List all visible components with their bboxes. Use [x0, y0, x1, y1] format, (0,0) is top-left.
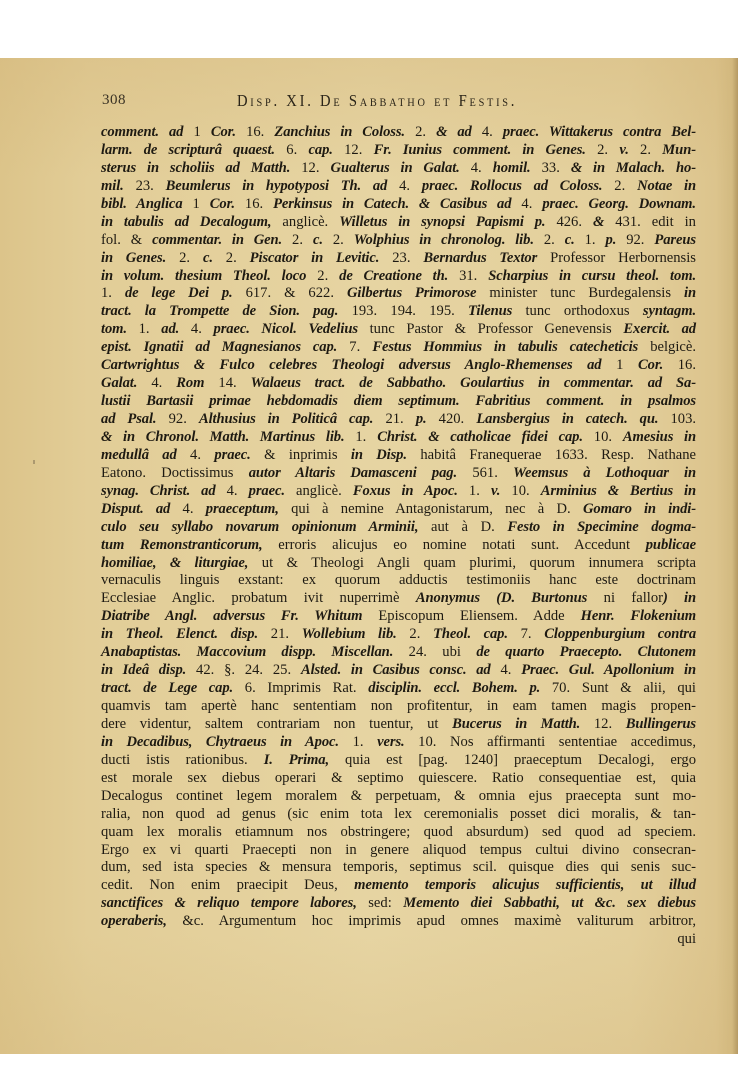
text-line: Anabaptistas. Maccovium dispp. Miscellan… — [101, 644, 696, 662]
text-run: 1. — [458, 483, 491, 499]
italic-citation: Arminius & Bertius in — [541, 483, 696, 499]
text-run: 21. — [373, 411, 415, 427]
italic-citation: praec. Georg. Downam. — [542, 196, 696, 212]
text-line: Cartwrightus & Fulco celebres Theologi a… — [101, 357, 696, 375]
text-run: ut & Theologi Angli quam plurimi, quorum… — [248, 555, 696, 571]
italic-citation: Festo in Specimine dogma- — [507, 519, 696, 535]
text-run: cedit. Non enim praecipit Deus, — [101, 877, 354, 893]
italic-citation: Cor. — [638, 357, 663, 373]
italic-citation: p. — [416, 411, 427, 427]
text-run: 2. — [306, 268, 339, 284]
italic-citation: Gualterus in Galat. — [331, 160, 460, 176]
italic-citation: Pareus — [654, 232, 696, 248]
italic-citation: Exercit. ad — [623, 321, 696, 337]
text-run: qui — [677, 931, 696, 947]
text-run: tunc Pastor & Professor Genevensis — [358, 321, 623, 337]
text-run: sed: — [357, 895, 403, 911]
text-run: erroris alicujus eo nomine notati sunt. … — [263, 537, 646, 553]
text-line: 1. de lege Dei p. 617. & 622. Gilbertus … — [101, 285, 696, 303]
text-line: vernaculis linguis exstant: ex quorum ad… — [101, 572, 696, 590]
italic-citation: Disput. ad — [101, 501, 170, 517]
italic-citation: & in Malach. ho- — [571, 160, 696, 176]
italic-citation: Zanchius in Coloss. — [274, 124, 405, 140]
italic-citation: in Genes. — [101, 250, 166, 266]
italic-citation: praec. — [214, 447, 250, 463]
text-run: Professor Herbornensis — [537, 250, 696, 266]
text-run: Ecclesiae Anglic. probatum ivit nuperrim… — [101, 590, 416, 606]
text-line: fol. & commentar. in Gen. 2. c. 2. Wolph… — [101, 232, 696, 250]
text-line: Diatribe Angl. adversus Fr. Whitum Episc… — [101, 608, 696, 626]
italic-citation: sanctifices & reliquo tempore labores, — [101, 895, 357, 911]
text-run: Episcopum Eliensem. Adde — [362, 608, 580, 624]
text-line: Eatono. Doctissimus autor Altaris Damasc… — [101, 465, 696, 483]
italic-citation: lustii Bartasii primae hebdomadis diem s… — [101, 393, 696, 409]
text-run: 4. — [472, 124, 503, 140]
text-run: 1. — [345, 429, 378, 445]
text-run: ni fallor — [587, 590, 663, 606]
text-line: Ergo ex vi quarti Praecepti non in gener… — [101, 842, 696, 860]
italic-citation: disciplin. eccl. Bohem. p. — [368, 680, 540, 696]
italic-citation: c. — [565, 232, 575, 248]
italic-citation: in Disp. — [351, 447, 407, 463]
text-line: cedit. Non enim praecipit Deus, memento … — [101, 877, 696, 895]
italic-citation: Wollebium lib. — [302, 626, 397, 642]
page-number: 308 — [102, 92, 126, 109]
text-run: vernaculis linguis exstant: ex quorum ad… — [101, 572, 696, 588]
italic-citation: Wolphius in chronolog. lib. — [354, 232, 534, 248]
text-line: dere videntur, saltem contrariam non tue… — [101, 716, 696, 734]
text-line: epist. Ignatii ad Magnesianos cap. 7. Fe… — [101, 339, 696, 357]
text-run: ducti istis rationibus. — [101, 752, 264, 768]
text-line: ducti istis rationibus. I. Prima, quia e… — [101, 752, 696, 770]
italic-citation: Anabaptistas. Maccovium dispp. Miscellan… — [101, 644, 393, 660]
text-run: quam lex moralis etiamnum nos obstringer… — [101, 824, 696, 840]
italic-citation: tom. — [101, 321, 127, 337]
italic-citation: Christ. & catholicae fidei cap. — [377, 429, 583, 445]
text-run: 561. — [457, 465, 513, 481]
italic-citation: Fr. Iunius comment. in Genes. — [374, 142, 586, 158]
text-run: 2. — [629, 142, 663, 158]
italic-citation: in Ideâ disp. — [101, 662, 186, 678]
italic-citation: Bernardus Textor — [423, 250, 537, 266]
text-run: anglicè. — [285, 483, 353, 499]
text-run: 617. & 622. — [233, 285, 347, 301]
text-run: habitâ Franequerae 1633. Resp. Nathane — [407, 447, 696, 463]
italic-citation: epist. Ignatii ad Magnesianos cap. — [101, 339, 337, 355]
italic-citation: Tilenus — [468, 303, 512, 319]
italic-citation: larm. de scripturâ quaest. — [101, 142, 275, 158]
text-run: aut à D. — [418, 519, 507, 535]
text-run: 4. — [387, 178, 422, 194]
text-run: 92. — [616, 232, 654, 248]
text-run: 7. — [508, 626, 544, 642]
italic-citation: Theol. cap. — [433, 626, 508, 642]
text-line: est morale sex diebus operari & septimo … — [101, 770, 696, 788]
italic-citation: Beumlerus in hypotyposi Th. ad — [166, 178, 388, 194]
text-run: est morale sex diebus operari & septimo … — [101, 770, 696, 786]
italic-citation: ad Psal. — [101, 411, 157, 427]
italic-citation: de quarto Praecepto. Clutonem — [476, 644, 696, 660]
italic-citation: Walaeus tract. de Sabbatho. Goulartius i… — [251, 375, 696, 391]
italic-citation: Memento diei Sabbathi, ut &c. sex diebus — [403, 895, 696, 911]
text-line: dum, sed ista species & mensura temporis… — [101, 859, 696, 877]
italic-citation: in — [684, 285, 696, 301]
italic-citation: Alsted. in Casibus consc. ad — [301, 662, 491, 678]
text-line: quam lex moralis etiamnum nos obstringer… — [101, 824, 696, 842]
italic-citation: praec. Rollocus ad Coloss. — [422, 178, 603, 194]
text-run: Decalogus continet legem moralem & perpe… — [101, 788, 696, 804]
text-run: 2. — [602, 178, 637, 194]
text-line: comment. ad 1 Cor. 16. Zanchius in Colos… — [101, 124, 696, 142]
italic-citation: v. — [619, 142, 628, 158]
text-run: 70. Sunt & alii, qui — [540, 680, 696, 696]
italic-citation: tract. de Lege cap. — [101, 680, 233, 696]
italic-citation: in Theol. Elenct. disp. — [101, 626, 258, 642]
text-run: 2. — [213, 250, 250, 266]
italic-citation: homiliae, & liturgiae, — [101, 555, 248, 571]
text-line: Galat. 4. Rom 14. Walaeus tract. de Sabb… — [101, 375, 696, 393]
italic-citation: ) in — [663, 590, 696, 606]
italic-citation: syntagm. — [643, 303, 696, 319]
text-run: 31. — [448, 268, 488, 284]
text-run: quia est [pag. 1240] praeceptum Decalogi… — [329, 752, 696, 768]
italic-citation: tum Remonstranticorum, — [101, 537, 263, 553]
italic-citation: & in Chronol. Matth. Martinus lib. — [101, 429, 345, 445]
text-run: 1 — [602, 357, 639, 373]
italic-citation: mil. — [101, 178, 124, 194]
italic-citation: c. — [203, 250, 213, 266]
italic-citation: tract. la Trompette de Sion. pag. — [101, 303, 338, 319]
italic-citation: Willetus in synopsi Papismi p. — [339, 214, 545, 230]
italic-citation: Gomaro in indi- — [583, 501, 696, 517]
italic-citation: Anonymus (D. Burtonus — [416, 590, 587, 606]
italic-citation: v. — [491, 483, 500, 499]
text-run: 1 — [183, 196, 210, 212]
italic-citation: Cor. — [211, 124, 236, 140]
text-line: operaberis, &c. Argumentum hoc imprimis … — [101, 913, 696, 931]
text-run: 4. — [491, 662, 522, 678]
text-run: tunc orthodoxus — [512, 303, 643, 319]
text-run: 4. — [179, 321, 213, 337]
italic-citation: Festus Hommius in tabulis catecheticis — [372, 339, 638, 355]
text-line: sterus in scholiis ad Matth. 12. Gualter… — [101, 160, 696, 178]
text-run: 2. — [397, 626, 433, 642]
text-run: 14. — [204, 375, 250, 391]
text-run: minister tunc Burdegalensis — [476, 285, 684, 301]
italic-citation: culo seu syllabo novarum opinionum Armin… — [101, 519, 418, 535]
italic-citation: Rom — [176, 375, 204, 391]
text-run: 4. — [177, 447, 215, 463]
text-line: tum Remonstranticorum, erroris alicujus … — [101, 537, 696, 555]
italic-citation: Bucerus in Matth. — [452, 716, 580, 732]
text-line: bibl. Anglica 1 Cor. 16. Perkinsus in Ca… — [101, 196, 696, 214]
text-run: dere videntur, saltem contrariam non tue… — [101, 716, 452, 732]
italic-citation: autor Altaris Damasceni pag. — [249, 465, 457, 481]
text-run: 16. — [235, 196, 273, 212]
text-run: 1. — [101, 285, 125, 301]
text-run: Eatono. Doctissimus — [101, 465, 249, 481]
text-line: sanctifices & reliquo tempore labores, s… — [101, 895, 696, 913]
text-run: dum, sed ista species & mensura temporis… — [101, 859, 696, 875]
text-line: medullâ ad 4. praec. & inprimis in Disp.… — [101, 447, 696, 465]
italic-citation: Amesius in — [623, 429, 696, 445]
text-run: 33. — [531, 160, 571, 176]
text-run: 12. — [333, 142, 374, 158]
text-run: belgicè. — [638, 339, 696, 355]
italic-citation: commentar. in Gen. — [152, 232, 282, 248]
italic-citation: Weemsus à Lothoquar in — [513, 465, 696, 481]
italic-citation: Cartwrightus & Fulco celebres Theologi a… — [101, 357, 602, 373]
text-line: tract. de Lege cap. 6. Imprimis Rat. dis… — [101, 680, 696, 698]
text-line: lustii Bartasii primae hebdomadis diem s… — [101, 393, 696, 411]
italic-citation: Galat. — [101, 375, 137, 391]
text-run: 23. — [379, 250, 423, 266]
text-line: in tabulis ad Decalogum, anglicè. Willet… — [101, 214, 696, 232]
italic-citation: ad. — [161, 321, 179, 337]
text-run: 4. — [511, 196, 542, 212]
text-run: 1. — [575, 232, 606, 248]
italic-citation: & ad — [436, 124, 472, 140]
italic-citation: Cor. — [210, 196, 235, 212]
text-run: anglicè. — [271, 214, 339, 230]
text-line: tom. 1. ad. 4. praec. Nicol. Vedelius tu… — [101, 321, 696, 339]
text-run: Ergo ex vi quarti Praecepti non in gener… — [101, 842, 696, 858]
italic-citation: in Decadibus, Chytraeus in Apoc. — [101, 734, 339, 750]
text-run: ralia, non quod ad genus (sic enim tota … — [101, 806, 696, 822]
text-run: fol. & — [101, 232, 152, 248]
text-run: 12. — [290, 160, 330, 176]
italic-citation: Scharpius in cursu theol. tom. — [488, 268, 696, 284]
text-run: 103. — [658, 411, 696, 427]
text-line: mil. 23. Beumlerus in hypotyposi Th. ad … — [101, 178, 696, 196]
italic-citation: in volum. thesium Theol. loco — [101, 268, 306, 284]
text-line: ad Psal. 92. Althusius in Politicâ cap. … — [101, 411, 696, 429]
italic-citation: Cloppenburgium contra — [544, 626, 696, 642]
italic-citation: praec. — [249, 483, 285, 499]
text-run: 2. — [586, 142, 620, 158]
italic-citation: Piscator in Levitic. — [250, 250, 380, 266]
italic-citation: p. — [606, 232, 617, 248]
italic-citation: publicae — [646, 537, 696, 553]
text-run: 16. — [663, 357, 696, 373]
italic-citation: memento temporis alicujus sufficientis, … — [354, 877, 696, 893]
text-line: ralia, non quod ad genus (sic enim tota … — [101, 806, 696, 824]
text-run: 21. — [258, 626, 302, 642]
italic-citation: Bullingerus — [626, 716, 696, 732]
italic-citation: Henr. Flokenium — [581, 608, 696, 624]
margin-speck — [33, 460, 35, 464]
text-run: 431. edit in — [604, 214, 696, 230]
text-run: 10. — [583, 429, 623, 445]
text-run: 4. — [137, 375, 176, 391]
text-run: 6. — [275, 142, 309, 158]
italic-citation: Praec. Gul. Apollonium in — [521, 662, 696, 678]
text-run: qui à nemine Antagonistarum, nec à D. — [279, 501, 583, 517]
italic-citation: comment. ad — [101, 124, 183, 140]
italic-citation: praec. Nicol. Vedelius — [214, 321, 358, 337]
text-run: 4. — [170, 501, 206, 517]
text-line: in Genes. 2. c. 2. Piscator in Levitic. … — [101, 250, 696, 268]
italic-citation: & — [593, 214, 604, 230]
text-run: 426. — [545, 214, 593, 230]
italic-citation: homil. — [493, 160, 531, 176]
italic-citation: praec. Wittakerus contra Bel- — [503, 124, 696, 140]
italic-citation: de lege Dei p. — [125, 285, 233, 301]
italic-citation: Foxus in Apoc. — [353, 483, 458, 499]
text-line: culo seu syllabo novarum opinionum Armin… — [101, 519, 696, 537]
italic-citation: Gilbertus Primorose — [347, 285, 476, 301]
text-run: 7. — [337, 339, 372, 355]
italic-citation: Perkinsus in Catech. & Casibus ad — [273, 196, 511, 212]
text-line: larm. de scripturâ quaest. 6. cap. 12. F… — [101, 142, 696, 160]
italic-citation: Althusius in Politicâ cap. — [199, 411, 373, 427]
text-line: Ecclesiae Anglic. probatum ivit nuperrim… — [101, 590, 696, 608]
page-edge-shadow — [732, 58, 738, 1054]
text-line: in volum. thesium Theol. loco 2. de Crea… — [101, 268, 696, 286]
italic-citation: de Creatione th. — [339, 268, 448, 284]
text-run: 1. — [339, 734, 377, 750]
text-run: 24. ubi — [393, 644, 476, 660]
italic-citation: medullâ ad — [101, 447, 177, 463]
text-run: 12. — [580, 716, 625, 732]
italic-citation: I. Prima, — [264, 752, 329, 768]
text-run: quamvis tam apertè hanc sententiam non p… — [101, 698, 696, 714]
text-run: 10. Nos affirmanti sententiae accedimus, — [405, 734, 696, 750]
italic-citation: cap. — [309, 142, 333, 158]
italic-citation: Mun- — [662, 142, 696, 158]
italic-citation: vers. — [377, 734, 404, 750]
text-run: 6. Imprimis Rat. — [233, 680, 368, 696]
text-run: 193. 194. 195. — [338, 303, 468, 319]
text-run: 1. — [127, 321, 161, 337]
text-run: &c. Argumentum hoc imprimis apud omnes m… — [167, 913, 696, 929]
body-text: comment. ad 1 Cor. 16. Zanchius in Colos… — [101, 124, 696, 949]
text-line: Disput. ad 4. praeceptum, qui à nemine A… — [101, 501, 696, 519]
italic-citation: praeceptum, — [206, 501, 279, 517]
italic-citation: in tabulis ad Decalogum, — [101, 214, 271, 230]
text-run: 2. — [534, 232, 565, 248]
running-head: 308 Disp. XI. De Sabbatho et Festis. — [102, 92, 696, 112]
text-line: synag. Christ. ad 4. praec. anglicè. Fox… — [101, 483, 696, 501]
text-run: 4. — [216, 483, 249, 499]
text-run: 42. §. 24. 25. — [186, 662, 301, 678]
text-run: 10. — [500, 483, 540, 499]
chapter-title: Disp. XI. De Sabbatho et Festis. — [237, 91, 517, 111]
italic-citation: bibl. Anglica — [101, 196, 183, 212]
text-run: 420. — [427, 411, 477, 427]
text-line: in Theol. Elenct. disp. 21. Wollebium li… — [101, 626, 696, 644]
text-line: Decalogus continet legem moralem & perpe… — [101, 788, 696, 806]
text-line: tract. la Trompette de Sion. pag. 193. 1… — [101, 303, 696, 321]
italic-citation: Notae in — [637, 178, 696, 194]
text-run: 4. — [460, 160, 493, 176]
text-run: 23. — [124, 178, 166, 194]
text-line: in Decadibus, Chytraeus in Apoc. 1. vers… — [101, 734, 696, 752]
italic-citation: Lansbergius in catech. qu. — [476, 411, 658, 427]
text-line: homiliae, & liturgiae, ut & Theologi Ang… — [101, 555, 696, 573]
text-line: quamvis tam apertè hanc sententiam non p… — [101, 698, 696, 716]
text-run: 1 — [183, 124, 210, 140]
text-run: 2. — [166, 250, 203, 266]
italic-citation: sterus in scholiis ad Matth. — [101, 160, 290, 176]
text-run: 16. — [236, 124, 274, 140]
italic-citation: Diatribe Angl. adversus Fr. Whitum — [101, 608, 362, 624]
italic-citation: operaberis, — [101, 913, 167, 929]
text-run: 2. — [282, 232, 313, 248]
text-line: in Ideâ disp. 42. §. 24. 25. Alsted. in … — [101, 662, 696, 680]
italic-citation: c. — [313, 232, 323, 248]
italic-citation: synag. Christ. ad — [101, 483, 216, 499]
text-run: 2. — [405, 124, 436, 140]
text-run: 2. — [323, 232, 354, 248]
text-line: & in Chronol. Matth. Martinus lib. 1. Ch… — [101, 429, 696, 447]
text-run: 92. — [157, 411, 199, 427]
text-line: qui — [101, 931, 696, 949]
text-run: & inprimis — [251, 447, 351, 463]
